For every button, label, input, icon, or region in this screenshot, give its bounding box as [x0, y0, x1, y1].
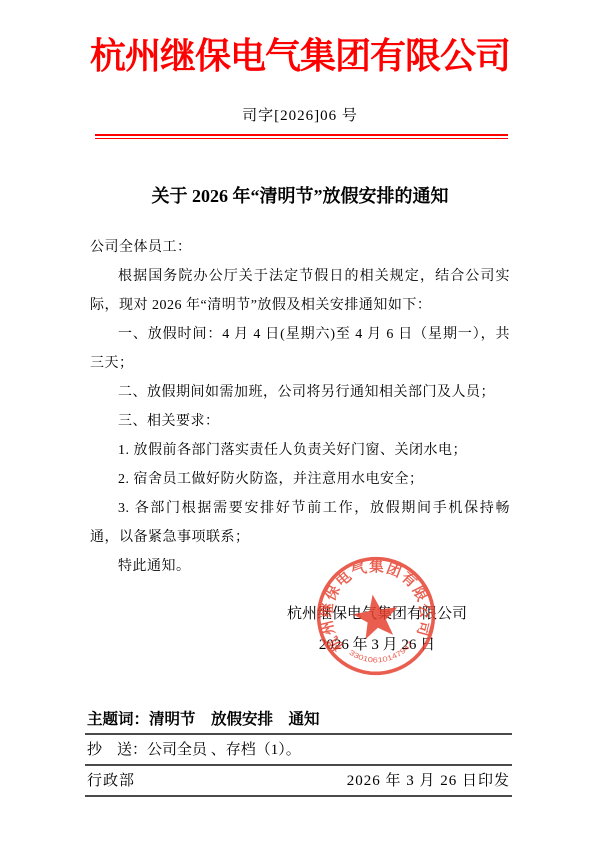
cc-row: 抄 送：公司全员 、存档（1）。	[85, 735, 512, 766]
notice-body: 公司全体员工： 根据国务院办公厅关于法定节假日的相关规定，结合公司实际，现对 2…	[90, 233, 510, 581]
document-page: 杭州继保电气集团有限公司 司字[2026]06 号 关于 2026 年“清明节”…	[0, 0, 600, 848]
paragraph: 根据国务院办公厅关于法定节假日的相关规定，结合公司实际，现对 2026 年“清明…	[90, 262, 510, 320]
issue-row: 行政部 2026 年 3 月 26 日印发	[85, 766, 512, 797]
letterhead-divider-rule	[95, 134, 508, 139]
paragraph: 2. 宿舍员工做好防火防盗，并注意用水电安全；	[90, 465, 510, 494]
document-footer: 主题词：清明节 放假安排 通知 抄 送：公司全员 、存档（1）。 行政部 202…	[85, 704, 512, 797]
paragraph: 3. 各部门根据需要安排好节前工作，放假期间手机保持畅通，以备紧急事项联系；	[90, 494, 510, 552]
document-number: 司字[2026]06 号	[0, 106, 600, 126]
paragraph: 二、放假期间如需加班，公司将另行通知相关部门及人员；	[90, 378, 510, 407]
closing-line: 特此通知。	[90, 552, 510, 581]
signature-company: 杭州继保电气集团有限公司	[252, 599, 502, 630]
paragraph: 三、相关要求：	[90, 407, 510, 436]
notice-title: 关于 2026 年“清明节”放假安排的通知	[0, 183, 600, 209]
salutation: 公司全体员工：	[90, 233, 510, 262]
signature-date: 2026 年 3 月 26 日	[252, 630, 502, 661]
print-date: 2026 年 3 月 26 日印发	[347, 771, 510, 792]
signature-block: 杭州继保电气集团有限公司 2026 年 3 月 26 日	[252, 599, 502, 661]
paragraph: 一、放假时间：4 月 4 日(星期六)至 4 月 6 日（星期一），共三天；	[90, 320, 510, 378]
company-letterhead: 杭州继保电气集团有限公司	[0, 0, 600, 78]
paragraph: 1. 放假前各部门落实责任人负责关好门窗、关闭水电；	[90, 436, 510, 465]
keywords-row: 主题词：清明节 放假安排 通知	[85, 704, 512, 735]
issuing-department: 行政部	[87, 771, 135, 792]
